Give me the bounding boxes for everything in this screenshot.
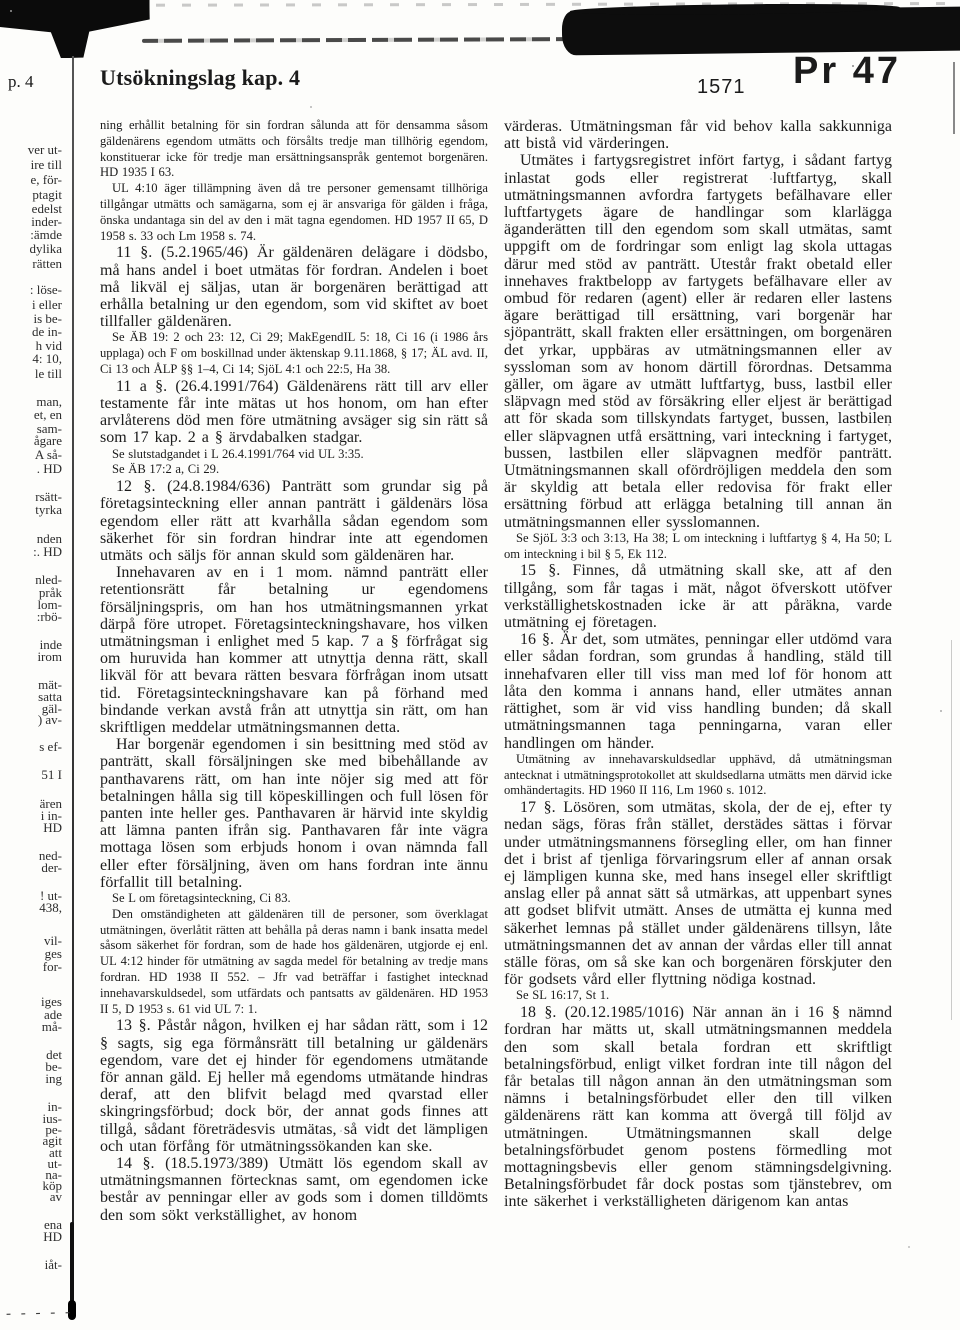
paragraph: Utmätes i fartygsregistret infört fartyg… bbox=[504, 152, 892, 530]
paragraph: 17 §. Lösören, som utmätas, skola, der d… bbox=[504, 799, 892, 988]
paragraph: Se SjöL 3:3 och 3:13, Ha 38; L om inteck… bbox=[504, 531, 892, 563]
paragraph: 13 §. Påstår någon, hvilken ej har sådan… bbox=[100, 1017, 488, 1155]
scan-streak-line bbox=[142, 37, 566, 43]
paragraph: ning erhållit betalning för sin fordran … bbox=[100, 118, 488, 181]
margin-note-fragment: 4: 10, bbox=[2, 352, 62, 365]
margin-note-fragment: 51 I bbox=[2, 768, 62, 781]
margin-note-fragment: de in- bbox=[2, 325, 62, 338]
margin-note-fragment: tyrka bbox=[2, 503, 62, 516]
margin-note-fragment: A så- bbox=[2, 448, 62, 461]
margin-notes: ver ut-ire tille, för-ptagitedelstinder-… bbox=[0, 0, 66, 1330]
paragraph: UL 4:10 äger tillämpning även då tre per… bbox=[100, 181, 488, 244]
margin-note-fragment: for- bbox=[2, 960, 62, 973]
paragraph: 11 a §. (26.4.1991/764) Gäldenärens rätt… bbox=[100, 378, 488, 447]
paragraph: värderas. Utmätningsman får vid behov ka… bbox=[504, 118, 892, 152]
margin-note-fragment: s ef- bbox=[2, 740, 62, 753]
margin-note-fragment: i eller bbox=[2, 298, 62, 311]
paragraph: Den omständigheten att gäldenären till d… bbox=[100, 907, 488, 1018]
column-left: ning erhållit betalning för sin fordran … bbox=[100, 118, 488, 1224]
footer-dash-marks: - - - - - bbox=[6, 1304, 73, 1323]
margin-note-fragment: HD bbox=[2, 1230, 62, 1243]
scanned-law-book-page: p. 4 Utsökningslag kap. 4 1571 Pr 47 ver… bbox=[0, 0, 960, 1330]
margin-note-fragment: der- bbox=[2, 861, 62, 874]
margin-note-fragment: ver ut- bbox=[2, 143, 62, 156]
paragraph: 14 §. (18.5.1973/389) Utmätt lös egendom… bbox=[100, 1155, 488, 1224]
margin-note-fragment: . HD bbox=[2, 462, 62, 475]
margin-note-fragment: rätten bbox=[2, 257, 62, 270]
margin-note-fragment: ire till bbox=[2, 158, 62, 171]
margin-note-fragment: :rbö- bbox=[2, 610, 62, 623]
page-body: ning erhållit betalning för sin fordran … bbox=[100, 118, 892, 1224]
page-number: 1571 bbox=[697, 76, 746, 99]
paragraph: Se SL 16:17, St 1. bbox=[504, 988, 892, 1004]
margin-note-fragment: av bbox=[2, 1190, 62, 1203]
paragraph: Har borgenär egendomen i sin besittning … bbox=[100, 736, 488, 891]
margin-note-fragment: ågare bbox=[2, 434, 62, 447]
page-title: Utsökningslag kap. 4 bbox=[100, 65, 300, 91]
paragraph: 15 §. Finnes, då utmätning skall ske, at… bbox=[504, 562, 892, 631]
margin-note-fragment: dylika bbox=[2, 242, 62, 255]
margin-note-fragment: :. HD bbox=[2, 545, 62, 558]
margin-rule bbox=[72, 56, 74, 1318]
paragraph: 16 §. Är det, som utmätes, penningar ell… bbox=[504, 631, 892, 751]
margin-note-fragment: HD bbox=[2, 821, 62, 834]
margin-note-fragment: e, för- bbox=[2, 173, 62, 186]
margin-note-fragment: :ämde bbox=[2, 228, 62, 241]
column-right: värderas. Utmätningsman får vid behov ka… bbox=[504, 118, 892, 1224]
paragraph: Se L om företagsinteckning, Ci 83. bbox=[100, 891, 488, 907]
corner-mark: Pr 47 bbox=[793, 50, 901, 93]
paragraph: Se slutstadgandet i L 26.4.1991/764 vid … bbox=[100, 447, 488, 463]
paragraph: 18 §. (20.12.1985/1016) När annan än i 1… bbox=[504, 1004, 892, 1210]
paragraph: 11 §. (5.2.1965/46) Är gäldenären deläga… bbox=[100, 244, 488, 330]
margin-note-fragment: ptagit bbox=[2, 188, 62, 201]
paragraph: Utmätning av innehavarskuldsedlar upphäv… bbox=[504, 752, 892, 799]
paragraph: Innehavaren av en i 1 mom. nämnd panträt… bbox=[100, 564, 488, 736]
margin-note-fragment: : löse- bbox=[2, 283, 62, 296]
margin-note-fragment: irom bbox=[2, 650, 62, 663]
margin-note-fragment: ing bbox=[2, 1072, 62, 1085]
margin-note-fragment: må- bbox=[2, 1020, 62, 1033]
margin-note-fragment: ) av- bbox=[2, 713, 62, 726]
paragraph: Se ÄB 19: 2 och 23: 12, Ci 29; MakEgendI… bbox=[100, 330, 488, 377]
paragraph: Se ÄB 17:2 a, Ci 29. bbox=[100, 462, 488, 478]
page-edge-mark-top bbox=[953, 62, 955, 134]
margin-note-fragment: 438, bbox=[2, 901, 62, 914]
page-edge-mark-mid bbox=[951, 640, 952, 1020]
paragraph: 12 §. (24.8.1984/636) Panträtt som grund… bbox=[100, 478, 488, 564]
margin-note-fragment: iåt- bbox=[2, 1258, 62, 1271]
margin-note-fragment: et, en bbox=[2, 408, 62, 421]
ink-bar-top-right bbox=[562, 7, 960, 56]
margin-note-fragment: le till bbox=[2, 367, 62, 380]
